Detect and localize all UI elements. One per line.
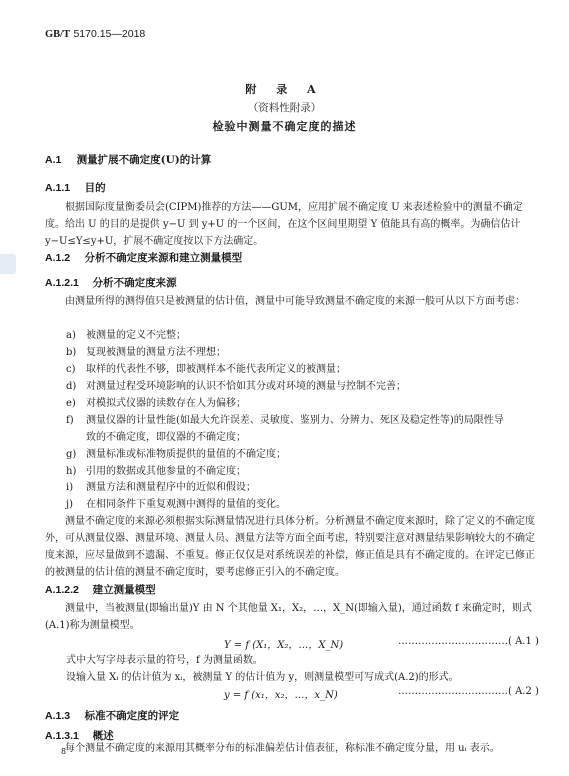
section-heading-a13: A.1.3 标准不确定度的评定 (45, 708, 179, 723)
equation-label-a1: ……………………………( A.1 ) (398, 636, 539, 647)
section-title: 分析不确定度来源 (93, 277, 177, 289)
list-item: f)测量仪器的计量性能(如最大允许误差、灵敏度、鉴别力、分辨力、死区及稳定性等)… (66, 412, 504, 429)
list-text: 引用的数据或其他参量的不确定度； (86, 466, 246, 477)
section-heading-a122: A.1.2.2 建立测量模型 (45, 582, 156, 597)
section-heading-a1: A.1 测量扩展不确定度(U)的计算 (45, 152, 211, 167)
equation-a1: Y = f (X₁，X₂，…，X_N) (224, 636, 343, 651)
section-number: A.1 (45, 154, 73, 166)
section-number: A.1.2 (45, 252, 81, 264)
list-marker: c) (66, 361, 86, 378)
side-panel-tab[interactable] (0, 254, 16, 274)
list-marker: i) (66, 479, 86, 496)
list-text: 对模拟式仪器的读数存在人为偏移； (86, 398, 246, 409)
standard-header: GB/T 5170.15—2018 (45, 28, 145, 40)
section-heading-a121: A.1.2.1 分析不确定度来源 (45, 275, 177, 290)
list-item: b)复现被测量的测量方法不理想； (66, 344, 226, 361)
paragraph-estimate-note: 设输入量 Xᵢ 的估计值为 xᵢ，被测量 Y 的估计值为 y，则测量模型可写成式… (66, 669, 459, 686)
list-item: c)取样的代表性不够，即被测样本不能代表所定义的被测量； (66, 361, 346, 378)
std-number: 5170.15—2018 (73, 28, 145, 40)
list-text: 测量标准或标准物质提供的量值的不确定度； (86, 449, 286, 460)
section-title: 建立测量模型 (93, 584, 156, 596)
list-item: e)对模拟式仪器的读数存在人为偏移； (66, 395, 246, 412)
list-item: j)在相同条件下重复观测中测得的量值的变化。 (66, 496, 286, 513)
paragraph-overview: 每个测量不确定度的来源用其概率分布的标准偏差估计值表征，称标准不确定度分量，用 … (45, 740, 555, 757)
section-number: A.1.3 (45, 710, 81, 722)
section-title: 标准不确定度的评定 (85, 710, 180, 722)
paragraph-sources-analysis: 测量不确定度的来源必须根据实际测量情况进行具体分析。分析测量不确定度来源时，除了… (45, 513, 535, 581)
list-marker: g) (66, 446, 86, 463)
section-title: 分析不确定度来源和建立测量模型 (85, 252, 243, 264)
section-number: A.1.2.2 (45, 584, 89, 596)
list-item-continuation: 致的不确定度，即仪器的不确定度； (86, 429, 246, 446)
section-heading-a11: A.1.1 目的 (45, 180, 106, 195)
appendix-title: 附 录 A (0, 81, 569, 97)
list-text: 对测量过程受环境影响的认识不恰如其分或对环境的测量与控制不完善； (86, 381, 406, 392)
list-text: 取样的代表性不够，即被测样本不能代表所定义的被测量； (86, 364, 346, 375)
std-prefix: GB/T (45, 29, 70, 40)
appendix-subtitle: 检验中测量不确定度的描述 (0, 118, 569, 134)
paragraph-sources-intro: 由测量所得的测得值只是被测量的估计值，测量中可能导致测量不确定度的来源一般可从以… (45, 293, 535, 310)
list-item: d)对测量过程受环境影响的认识不恰如其分或对环境的测量与控制不完善； (66, 378, 406, 395)
section-number: A.1.2.1 (45, 277, 89, 289)
section-heading-a12: A.1.2 分析不确定度来源和建立测量模型 (45, 250, 242, 265)
section-title: 测量扩展不确定度(U)的计算 (77, 154, 212, 166)
list-text: 测量方法和测量程序中的近似和假设； (86, 482, 256, 493)
appendix-type: （资料性附录） (0, 100, 569, 115)
list-text: 被测量的定义不完整； (86, 330, 186, 341)
page-number: 8 (61, 747, 66, 756)
list-item: a)被测量的定义不完整； (66, 327, 186, 344)
list-marker: d) (66, 378, 86, 395)
list-item: i)测量方法和测量程序中的近似和假设； (66, 479, 256, 496)
section-title: 目的 (85, 182, 106, 194)
list-marker: j) (66, 496, 86, 513)
list-marker: b) (66, 344, 86, 361)
list-text: 测量仪器的计量性能(如最大允许误差、灵敏度、鉴别力、分辨力、死区及稳定性等)的局… (86, 415, 504, 426)
list-item: h)引用的数据或其他参量的不确定度； (66, 463, 246, 480)
equation-label-a2: ……………………………( A.2 ) (398, 686, 539, 697)
list-item: g)测量标准或标准物质提供的量值的不确定度； (66, 446, 286, 463)
list-marker: h) (66, 463, 86, 480)
list-marker: f) (66, 412, 86, 429)
section-number: A.1.1 (45, 182, 81, 194)
list-text: 复现被测量的测量方法不理想； (86, 347, 226, 358)
paragraph-purpose: 根据国际度量衡委员会(CIPM)推荐的方法——GUM，应用扩展不确定度 U 来表… (45, 199, 535, 250)
equation-a2: y = f (x₁，x₂，…，x_N) (224, 686, 338, 701)
list-text: 在相同条件下重复观测中测得的量值的变化。 (86, 499, 286, 510)
list-marker: e) (66, 395, 86, 412)
list-marker: a) (66, 327, 86, 344)
paragraph-symbol-note: 式中大写字母表示量的符号，f 为测量函数。 (66, 652, 263, 669)
paragraph-model-intro: 测量中，当被测量(即输出量)Y 由 N 个其他量 X₁，X₂，…，X_N(即输入… (45, 600, 535, 634)
